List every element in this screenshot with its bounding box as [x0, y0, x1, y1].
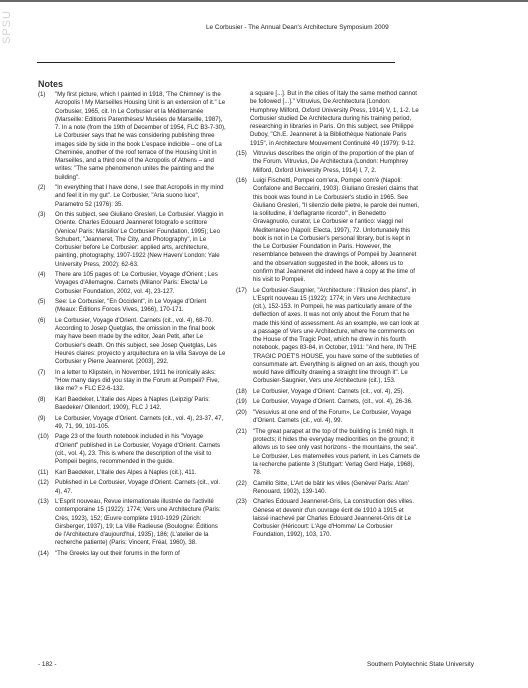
footnote-text: Luigi Fischetti, Pompei com'era, Pompei … [253, 177, 420, 284]
footer-institution: Southern Polytechnic State University [367, 661, 474, 668]
footnote: (1)"My first picture, which I painted in… [38, 91, 226, 182]
page-number: - 182 - [38, 661, 56, 668]
footnote-text: On this subject, see Giuliano Gresleri, … [55, 211, 226, 269]
footnote: (16)Luigi Fischetti, Pompei com'era, Pom… [250, 177, 420, 284]
footnote-number: (2) [38, 184, 55, 209]
footnote: (20)"Vesuvius at one end of the Forum», … [250, 409, 420, 426]
footnote-text: "In everything that I have done, I see t… [55, 184, 226, 209]
footnote-number: (17) [236, 287, 253, 386]
footnote: (17)Le Corbusier-Saugnier, "Architecture… [250, 287, 420, 386]
footnote-text: Karl Baedeker, L'Italie des Alpes à Napl… [55, 396, 226, 413]
footnote-text: In a letter to Klipstein, in November, 1… [55, 369, 226, 394]
footnote: (3)On this subject, see Giuliano Gresler… [38, 211, 226, 269]
footnote-number: (23) [236, 498, 253, 539]
footnote-continuation: a square [...]. But in the cities of Ita… [250, 90, 420, 148]
footnote-text: "Vesuvius at one end of the Forum», Le C… [253, 409, 420, 426]
footnote-number: (14) [38, 550, 55, 558]
footnote-text: "The Greeks lay out their forums in the … [55, 550, 226, 558]
footnote-number: (1) [38, 91, 55, 182]
footnote-number: (4) [38, 271, 55, 296]
notes-right-column: a square [...]. But in the cities of Ita… [250, 90, 420, 542]
footnote-number: (16) [236, 177, 253, 284]
footnote: (5)See: Le Corbusier, "En Occident", in … [38, 298, 226, 315]
header-rule [37, 62, 395, 63]
running-header: Le Corbusier - The Annual Dean's Archite… [206, 24, 389, 31]
footnote: (22)Camillo Sitte, L'Art de bâtir les vi… [250, 480, 420, 497]
footnote: (4)There are 105 pages of: Le Corbusier,… [38, 271, 226, 296]
footnote-number: (9) [38, 415, 55, 432]
footnote: (10)Page 23 of the fourth notebook inclu… [38, 433, 226, 466]
footnote-text: See: Le Corbusier, "En Occident", in Le … [55, 298, 226, 315]
footnote-text: Camillo Sitte, L'Art de bâtir les villes… [253, 480, 420, 497]
footnote: (13)L'Esprit nouveau, Revue internationa… [38, 498, 226, 548]
footnote-number: (8) [38, 396, 55, 413]
footnote-text: Le Corbusier, Voyage d'Orient. Carnets (… [55, 415, 226, 432]
footnote-number: (19) [236, 398, 253, 406]
footnote-text: Le Corbusier, Voyage d'Orient. Carnets, … [253, 398, 420, 406]
watermark: SPSU [1, 4, 13, 44]
notes-heading: Notes [38, 79, 63, 89]
footnote-number: (5) [38, 298, 55, 315]
footnote-text: "The great parapet at the top of the bui… [253, 428, 420, 478]
footnote: (14)"The Greeks lay out their forums in … [38, 550, 226, 558]
footnote: (9)Le Corbusier, Voyage d'Orient. Carnet… [38, 415, 226, 432]
notes-left-column: (1)"My first picture, which I painted in… [38, 91, 226, 560]
footnote-number: (22) [236, 480, 253, 497]
footnote-text: Vitruvius describes the origin of the pr… [253, 150, 420, 175]
footnote-text: Le Corbusier, Voyage d'Orient. Carnets (… [253, 388, 420, 396]
footnote-number: (18) [236, 388, 253, 396]
footnote-text: L'Esprit nouveau, Revue internationale i… [55, 498, 226, 548]
footnote: (15)Vitruvius describes the origin of th… [250, 150, 420, 175]
footnote: (6)Le Corbusier, Voyage d'Orient. Carnet… [38, 317, 226, 367]
footnote-text: Le Corbusier, Voyage d'Orient. Carnets (… [55, 317, 226, 367]
footnote-text: Le Corbusier-Saugnier, "Architecture : l… [253, 287, 420, 386]
footnote-number: (3) [38, 211, 55, 269]
footnote: (7)In a letter to Klipstein, in November… [38, 369, 226, 394]
footnote-number: (7) [38, 369, 55, 394]
footnote-number: (11) [38, 469, 55, 477]
footnote-number: (13) [38, 498, 55, 548]
footnote-number: (12) [38, 479, 55, 496]
footnote: (11)Karl Baedeker, L'Italie des Alpes à … [38, 469, 226, 477]
footnote: (23)Charles Edouard Jeanneret-Gris, La c… [250, 498, 420, 539]
footnote-text: There are 105 pages of: Le Corbusier, Vo… [55, 271, 226, 296]
footnote-number: (6) [38, 317, 55, 367]
footnote: (21)"The great parapet at the top of the… [250, 428, 420, 478]
footnote-text: Published in Le Corbusier, Voyage d'Orie… [55, 479, 226, 496]
footnote-text: Page 23 of the fourth notebook included … [55, 433, 226, 466]
footnote: (19)Le Corbusier, Voyage d'Orient. Carne… [250, 398, 420, 406]
footnote-number: (15) [236, 150, 253, 175]
footnote: (8)Karl Baedeker, L'Italie des Alpes à N… [38, 396, 226, 413]
top-border [0, 0, 528, 2]
footnote-text: Karl Baedeker, L'Italie des Alpes à Napl… [55, 469, 226, 477]
footnote: (2)"In everything that I have done, I se… [38, 184, 226, 209]
footnote-number: (10) [38, 433, 55, 466]
footnote-text: "My first picture, which I painted in 19… [55, 91, 226, 182]
footnote: (18)Le Corbusier, Voyage d'Orient. Carne… [250, 388, 420, 396]
footnote-text: Charles Edouard Jeanneret-Gris, La const… [253, 498, 420, 539]
footnote-number: (20) [236, 409, 253, 426]
footnote: (12)Published in Le Corbusier, Voyage d'… [38, 479, 226, 496]
footnote-number: (21) [236, 428, 253, 478]
